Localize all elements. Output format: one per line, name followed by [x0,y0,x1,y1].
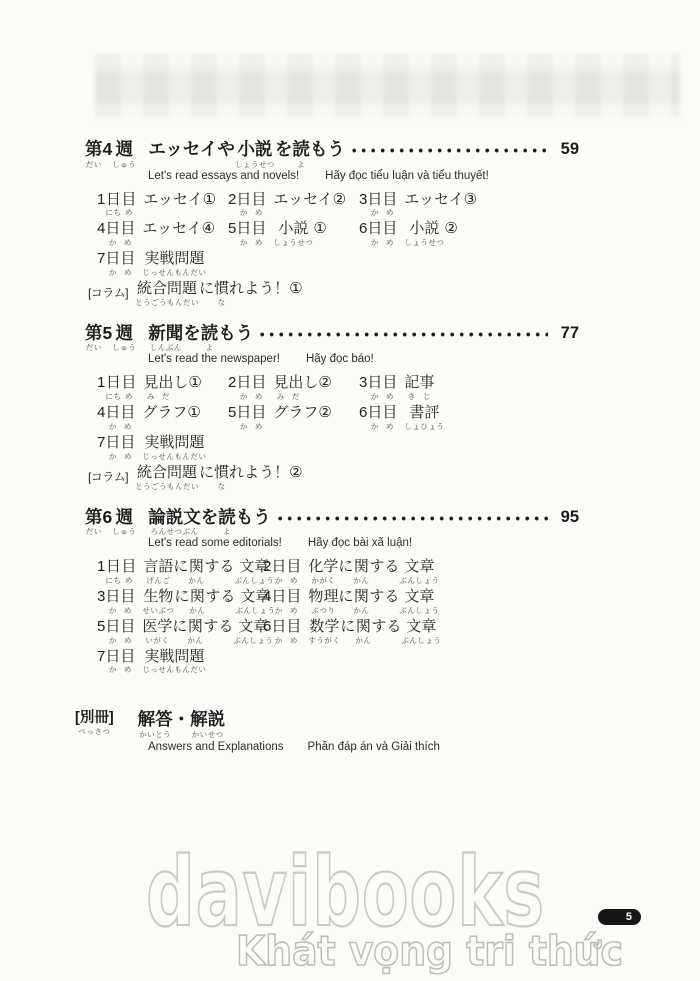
ruby-text: を [275,140,293,169]
furigana: か [371,209,379,217]
ruby-text: 3 [359,375,367,401]
day-item-title: グラフ② [273,405,331,431]
furigana: じっせんもんだい [142,666,206,674]
day-item-title: 実戦問題じっせんもんだい [142,649,206,675]
furigana: ぶんしょう [401,637,441,645]
ruby-text: 関かん [187,619,203,645]
ruby-text: 関かん [353,589,369,615]
ruby-text: 慣な [214,281,229,307]
furigana: しょうせつ [235,161,275,169]
ruby-text: 文章ぶんしょう [399,589,439,615]
toc-day-entry: 4日か目めエッセイ④ [97,221,228,247]
furigana: しゅう [112,528,136,536]
subtitle-vietnamese: Hãy đọc tiểu luận và tiểu thuyết! [325,170,489,182]
day-item-title: 生物せいぶつに関かんする文章ぶんしょう [142,589,275,615]
ruby-text: に [340,619,355,645]
ruby-text: 日にち [105,559,121,585]
section-title: 論説文ろんせつぶんを読よもう [148,508,271,537]
day-label: 7日か目め [97,251,135,277]
toc-day-entry: 7日か目め実戦問題じっせんもんだい [97,251,228,277]
subtitle-english: Let's read the newspaper! [148,353,280,365]
ruby-text: 日か [367,375,382,401]
furigana: しゅう [112,161,136,169]
toc-day-entry: 3日か目め記き事じ [359,375,579,401]
furigana: め [255,209,263,217]
ruby-text: 2 [228,375,236,401]
column-note-label: [コラム] [88,284,128,301]
day-label: 3日か目め [97,589,135,615]
furigana: かいとう [139,731,171,739]
toc-day-entry: 1日にち目め見み出だし① [97,375,228,401]
toc-day-entry: 2日か目め見み出だし② [228,375,359,401]
ruby-text: 目め [251,221,266,247]
day-row: 5日か目め医学いがくに関かんする文章ぶんしょう6日か目め数学すうがくに関かんする… [97,619,579,645]
day-label: 3日か目め [359,375,397,401]
day-item-title: 記き事じ [404,375,434,401]
column-note-text: 統合問題とうごうもんだいに慣なれよう！② [135,465,302,491]
ruby-text: 1 [97,375,105,401]
furigana: か [275,607,283,615]
ruby-text: 目め [120,619,135,645]
ruby-text: 6 [103,508,113,537]
toc-day-entry: 6日か目め数学すうがくに関かんする文章ぶんしょう [263,619,579,645]
toc-day-entry: 2日か目め化学かがくに関かんする文章ぶんしょう [263,559,579,585]
section-subtitle: Let's read essays and novels! Hãy đọc ti… [148,170,579,182]
ruby-text: 日か [367,192,382,218]
ruby-text: 目め [286,559,301,585]
ruby-text: 日か [236,375,251,401]
ruby-text: 目め [121,192,136,218]
furigana: とうごうもんだい [135,299,199,307]
furigana: だ [162,393,170,401]
furigana: かん [353,607,369,615]
furigana: にち [105,577,121,585]
ruby-text: 週しゅう [112,140,136,169]
ruby-text: 新聞しんぶん [148,324,183,353]
ruby-text: 目め [286,619,301,645]
day-row: 3日か目め生物せいぶつに関かんする文章ぶんしょう4日か目め物理ぶつりに関かんする… [97,589,579,615]
ruby-text: 関かん [188,559,204,585]
furigana: み [277,393,285,401]
ruby-text: 関かん [353,559,369,585]
ruby-text: 見み [273,375,288,401]
ruby-text: 日か [105,649,120,675]
ruby-text: 日か [271,559,286,585]
toc-day-entry: 7日か目め実戦問題じっせんもんだい [97,435,228,461]
furigana: よ [297,161,305,169]
furigana: にち [105,393,121,401]
ruby-text: 4 [103,140,113,169]
day-label: 7日か目め [97,435,135,461]
furigana: だい [86,528,102,536]
appendix-subtitle: Answers and Explanations Phần đáp án và … [148,741,579,753]
furigana: め [124,453,132,461]
furigana: しょうせつ [273,239,313,247]
furigana: だい [86,161,102,169]
furigana: か [371,393,379,401]
furigana: か [240,239,248,247]
ruby-text: 事じ [419,375,434,401]
ruby-text: 週しゅう [112,508,136,537]
ruby-text: 日か [105,619,120,645]
column-note-text: 統合問題とうごうもんだいに慣なれよう！① [135,281,302,307]
column-note-label: [コラム] [88,468,128,485]
furigana: ぶつり [311,607,335,615]
furigana: か [275,637,283,645]
ruby-text: 物理ぶつり [308,589,338,615]
ruby-text: ② [444,221,457,247]
ruby-text: 数学すうがく [308,619,340,645]
ruby-text: 関かん [189,589,205,615]
day-label: 6日か目め [263,619,301,645]
day-label: 1日にち目め [97,559,136,585]
ruby-text: 5 [103,324,113,353]
ruby-text: 5 [228,221,236,247]
section-subtitle: Let's read some editorials! Hãy đọc bài … [148,537,579,549]
dotted-leader [352,148,548,153]
ruby-text: 目め [286,589,301,615]
ruby-text: もう [236,508,271,537]
ruby-text: に [338,589,353,615]
ruby-text: 統合問題とうごうもんだい [135,281,199,307]
day-item-title: 見み出だし② [273,375,331,401]
toc-day-entry: 4日か目め物理ぶつりに関かんする文章ぶんしょう [263,589,579,615]
day-label: 4日か目め [263,589,301,615]
ruby-text: 6 [263,619,271,645]
ruby-text: 目め [120,435,135,461]
day-row: 4日か目めグラフ①5日か目めグラフ②6日か目め書評しょひょう [97,405,579,431]
ruby-text: 目め [120,221,135,247]
ruby-text: 読よ [218,508,236,537]
day-label: 7日か目め [97,649,135,675]
furigana: よ [223,528,231,536]
ruby-text: エッセイ④ [142,221,215,247]
furigana: き [408,393,416,401]
day-list: 1日にち目めエッセイ①2日か目めエッセイ②3日か目めエッセイ③4日か目めエッセイ… [97,192,579,277]
day-item-title: エッセイ③ [404,192,477,218]
appendix-title: 解答かいとう・解説かいせつ [138,710,226,739]
ruby-text: 4 [97,221,105,247]
furigana: か [109,453,117,461]
ruby-text: 書評しょひょう [404,405,444,431]
ruby-text: に [199,281,214,307]
ruby-text: 4 [97,405,105,431]
toc-day-entry: 6日か目め小説しょうせつ② [359,221,579,247]
day-item-title: 化学かがくに関かんする文章ぶんしょう [308,559,439,585]
week-label: 第だい5週しゅう [85,324,136,353]
furigana: かん [353,577,369,585]
day-row: 7日か目め実戦問題じっせんもんだい [97,435,579,461]
day-label: 4日か目め [97,221,135,247]
furigana: な [218,483,226,491]
day-label: 6日か目め [359,405,397,431]
section-subtitle: Let's read the newspaper! Hãy đọc báo! [148,353,579,365]
day-label: 2日か目め [228,375,266,401]
day-row: 7日か目め実戦問題じっせんもんだい [97,251,579,277]
day-item-title: 小説しょうせつ② [404,221,457,247]
furigana: か [109,423,117,431]
ruby-text: 日にち [105,192,121,218]
page-number-ref: 77 [553,324,579,343]
day-label: 5日か目め [228,221,266,247]
furigana: すうがく [308,637,340,645]
day-row: 1日にち目め見み出だし①2日か目め見み出だし②3日か目め記き事じ [97,375,579,401]
ruby-text: 日か [271,619,286,645]
furigana: め [255,423,263,431]
ruby-text: 7 [97,649,105,675]
day-list: 1日にち目め言語げんごに関かんする文章ぶんしょう2日か目め化学かがくに関かんする… [97,559,579,674]
ruby-text: 文章ぶんしょう [401,619,441,645]
ruby-text: 化学かがく [308,559,338,585]
ruby-text: 1 [97,559,105,585]
day-item-title: 書評しょひょう [404,405,444,431]
ruby-text: 目め [251,405,266,431]
ruby-text: 7 [97,435,105,461]
ruby-text: 目め [382,405,397,431]
ruby-text: に [172,619,187,645]
ruby-text: 日か [105,589,120,615]
ruby-text: 日にち [105,375,121,401]
ruby-text: 出だ [158,375,173,401]
toc-day-entry: 6日か目め書評しょひょう [359,405,579,431]
toc-day-entry: 5日か目めグラフ② [228,405,359,431]
ruby-text: エッセイ③ [404,192,477,218]
furigana: め [124,607,132,615]
furigana: しんぶん [150,344,182,352]
furigana: にち [105,209,121,217]
dotted-leader [260,332,548,337]
subtitle-vietnamese: Hãy đọc bài xã luận! [308,537,412,549]
day-label: 4日か目め [97,405,135,431]
appendix-header: [別冊]べっさつ 解答かいとう・解説かいせつ [75,710,579,739]
furigana: ぶんしょう [399,577,439,585]
ruby-text: を [183,324,201,353]
furigana: か [109,607,117,615]
ruby-text: に [173,559,188,585]
ruby-text: 論説文ろんせつぶん [148,508,201,537]
section-header: 第だい6週しゅう 論説文ろんせつぶんを読よもう 95 [85,508,579,537]
furigana: か [371,239,379,247]
toc-day-entry: 1日にち目めエッセイ① [97,192,228,218]
furigana: ぶんしょう [399,607,439,615]
ruby-text: 目め [251,192,266,218]
ruby-text: 目め [121,559,136,585]
furigana: しゅう [112,344,136,352]
ruby-text: 日か [236,221,251,247]
toc-day-entry: 3日か目め生物せいぶつに関かんする文章ぶんしょう [97,589,263,615]
table-of-contents: 第だい4週しゅう エッセイや小説しょうせつを読よもう 59 Let's read… [85,140,579,753]
ruby-text: 目め [382,192,397,218]
ruby-text: 統合問題とうごうもんだい [135,465,199,491]
furigana: め [290,637,298,645]
furigana: か [371,423,379,431]
ruby-text: 7 [97,251,105,277]
ruby-text: れよう！② [229,465,302,491]
day-label: 2日か目め [263,559,301,585]
ruby-text: する [205,589,235,615]
furigana: か [240,393,248,401]
toc-day-entry: 4日か目めグラフ① [97,405,228,431]
furigana: め [290,577,298,585]
ruby-text: 日か [105,221,120,247]
page-number-ref: 59 [553,140,579,159]
ruby-text: に [174,589,189,615]
furigana: かん [187,637,203,645]
ruby-text: 日か [367,405,382,431]
furigana: め [255,393,263,401]
section-header: 第だい4週しゅう エッセイや小説しょうせつを読よもう 59 [85,140,579,169]
ruby-text: 実戦問題じっせんもんだい [142,251,206,277]
week-label: 第だい4週しゅう [85,140,136,169]
watermark-slogan: Khát vọng tri thức [236,931,623,972]
furigana: じっせんもんだい [142,269,206,277]
furigana: げんご [146,577,170,585]
ruby-text: 目め [120,251,135,277]
ruby-text: 読よ [201,324,219,353]
ruby-text: グラフ① [142,405,200,431]
subtitle-english: Let's read some editorials! [148,537,282,549]
furigana: せいぶつ [142,607,174,615]
ruby-text: 5 [228,405,236,431]
section-title: 新聞しんぶんを読よもう [148,324,253,353]
toc-day-entry: 1日にち目め言語げんごに関かんする文章ぶんしょう [97,559,263,585]
day-label: 5日か目め [228,405,266,431]
ruby-text: 第だい [85,140,103,169]
day-row: 1日にち目め言語げんごに関かんする文章ぶんしょう2日か目め化学かがくに関かんする… [97,559,579,585]
furigana: ろんせつぶん [150,528,198,536]
section-title: エッセイや小説しょうせつを読よもう [148,140,345,169]
ruby-text: 生物せいぶつ [142,589,174,615]
furigana: め [386,423,394,431]
ruby-text: 実戦問題じっせんもんだい [142,435,206,461]
ruby-text: 2 [228,192,236,218]
ruby-text: 目め [382,221,397,247]
furigana: め [290,607,298,615]
ruby-text: 1 [97,192,105,218]
furigana: め [125,393,133,401]
day-item-title: 実戦問題じっせんもんだい [142,435,206,461]
furigana: とうごうもんだい [135,483,199,491]
furigana: め [386,209,394,217]
furigana: め [124,269,132,277]
week-label: 第だい6週しゅう [85,508,136,537]
ruby-text: 言語げんご [143,559,173,585]
day-item-title: 実戦問題じっせんもんだい [142,251,206,277]
furigana: かん [189,607,205,615]
day-label: 5日か目め [97,619,135,645]
ruby-text: 目め [120,589,135,615]
ruby-text: エッセイ② [273,192,346,218]
ruby-text: ① [313,221,326,247]
furigana: だい [86,344,102,352]
furigana: いがく [145,637,169,645]
ruby-text: 小説しょうせつ [404,221,444,247]
day-item-title: 小説しょうせつ① [273,221,326,247]
day-row: 4日か目めエッセイ④5日か目め小説しょうせつ①6日か目め小説しょうせつ② [97,221,579,247]
day-item-title: 見み出だし① [143,375,201,401]
ruby-text: 6 [359,221,367,247]
day-item-title: 数学すうがくに関かんする文章ぶんしょう [308,619,441,645]
ruby-text: 3 [359,192,367,218]
scanned-book-page: 第だい4週しゅう エッセイや小説しょうせつを読よもう 59 Let's read… [0,0,700,981]
furigana: じ [423,393,431,401]
furigana: じっせんもんだい [142,453,206,461]
ruby-text: 出だ [288,375,303,401]
ruby-text: 文章ぶんしょう [399,559,439,585]
day-item-title: エッセイ① [143,192,216,218]
ruby-text: 読よ [292,140,310,169]
day-item-title: 言語げんごに関かんする文章ぶんしょう [143,559,274,585]
ruby-text: 関かん [355,619,371,645]
ruby-text: もう [310,140,345,169]
ruby-text: 目め [120,405,135,431]
furigana: かがく [311,577,335,585]
ruby-text: 目め [120,649,135,675]
ruby-text: に [338,559,353,585]
toc-section-week5: 第だい5週しゅう 新聞しんぶんを読よもう 77 Let's read the n… [85,324,579,491]
subtitle-vietnamese: Hãy đọc báo! [306,353,374,365]
furigana: め [124,239,132,247]
ruby-text: 日か [367,221,382,247]
furigana: め [124,666,132,674]
toc-day-entry: 2日か目めエッセイ② [228,192,359,218]
ruby-text: 記き [404,375,419,401]
ruby-text: 医学いがく [142,619,172,645]
page-number-badge: 5 [598,909,641,925]
ruby-text: 解説かいせつ [190,710,225,739]
column-note: [コラム] 統合問題とうごうもんだいに慣なれよう！① [88,281,579,307]
furigana: しょひょう [404,423,444,431]
day-row: 1日にち目めエッセイ①2日か目めエッセイ②3日か目めエッセイ③ [97,192,579,218]
ruby-text: 第だい [85,324,103,353]
toc-section-week6: 第だい6週しゅう 論説文ろんせつぶんを読よもう 95 Let's read so… [85,508,579,675]
ruby-text: する [369,559,399,585]
ruby-text: 目め [251,375,266,401]
ruby-text: 日か [105,405,120,431]
ruby-text: し① [173,375,201,401]
furigana: かん [188,577,204,585]
ruby-text: 実戦問題じっせんもんだい [142,649,206,675]
ruby-text: ・ [173,710,191,739]
ruby-text: 見み [143,375,158,401]
ruby-text: 解答かいとう [138,710,173,739]
ruby-text: 日か [271,589,286,615]
ruby-text: 6 [359,405,367,431]
furigana: か [275,577,283,585]
day-list: 1日にち目め見み出だし①2日か目め見み出だし②3日か目め記き事じ4日か目めグラフ… [97,375,579,460]
ruby-text: する [204,559,234,585]
furigana: かいせつ [192,731,224,739]
furigana: しょうせつ [404,239,444,247]
day-label: 1日にち目め [97,375,136,401]
subtitle-english: Answers and Explanations [148,741,284,753]
ruby-text: 日か [236,405,251,431]
day-item-title: 物理ぶつりに関かんする文章ぶんしょう [308,589,439,615]
toc-section-week4: 第だい4週しゅう エッセイや小説しょうせつを読よもう 59 Let's read… [85,140,579,307]
toc-day-entry: 5日か目め小説しょうせつ① [228,221,359,247]
ruby-text: する [203,619,233,645]
ruby-text: グラフ② [273,405,331,431]
furigana: か [109,269,117,277]
ruby-text: 日か [105,251,120,277]
subtitle-english: Let's read essays and novels! [148,170,299,182]
furigana: か [109,637,117,645]
ruby-text: 小説しょうせつ [235,140,275,169]
ruby-text: れよう！① [229,281,302,307]
ruby-text: 日か [236,192,251,218]
furigana: な [218,299,226,307]
furigana: べっさつ [78,728,110,736]
